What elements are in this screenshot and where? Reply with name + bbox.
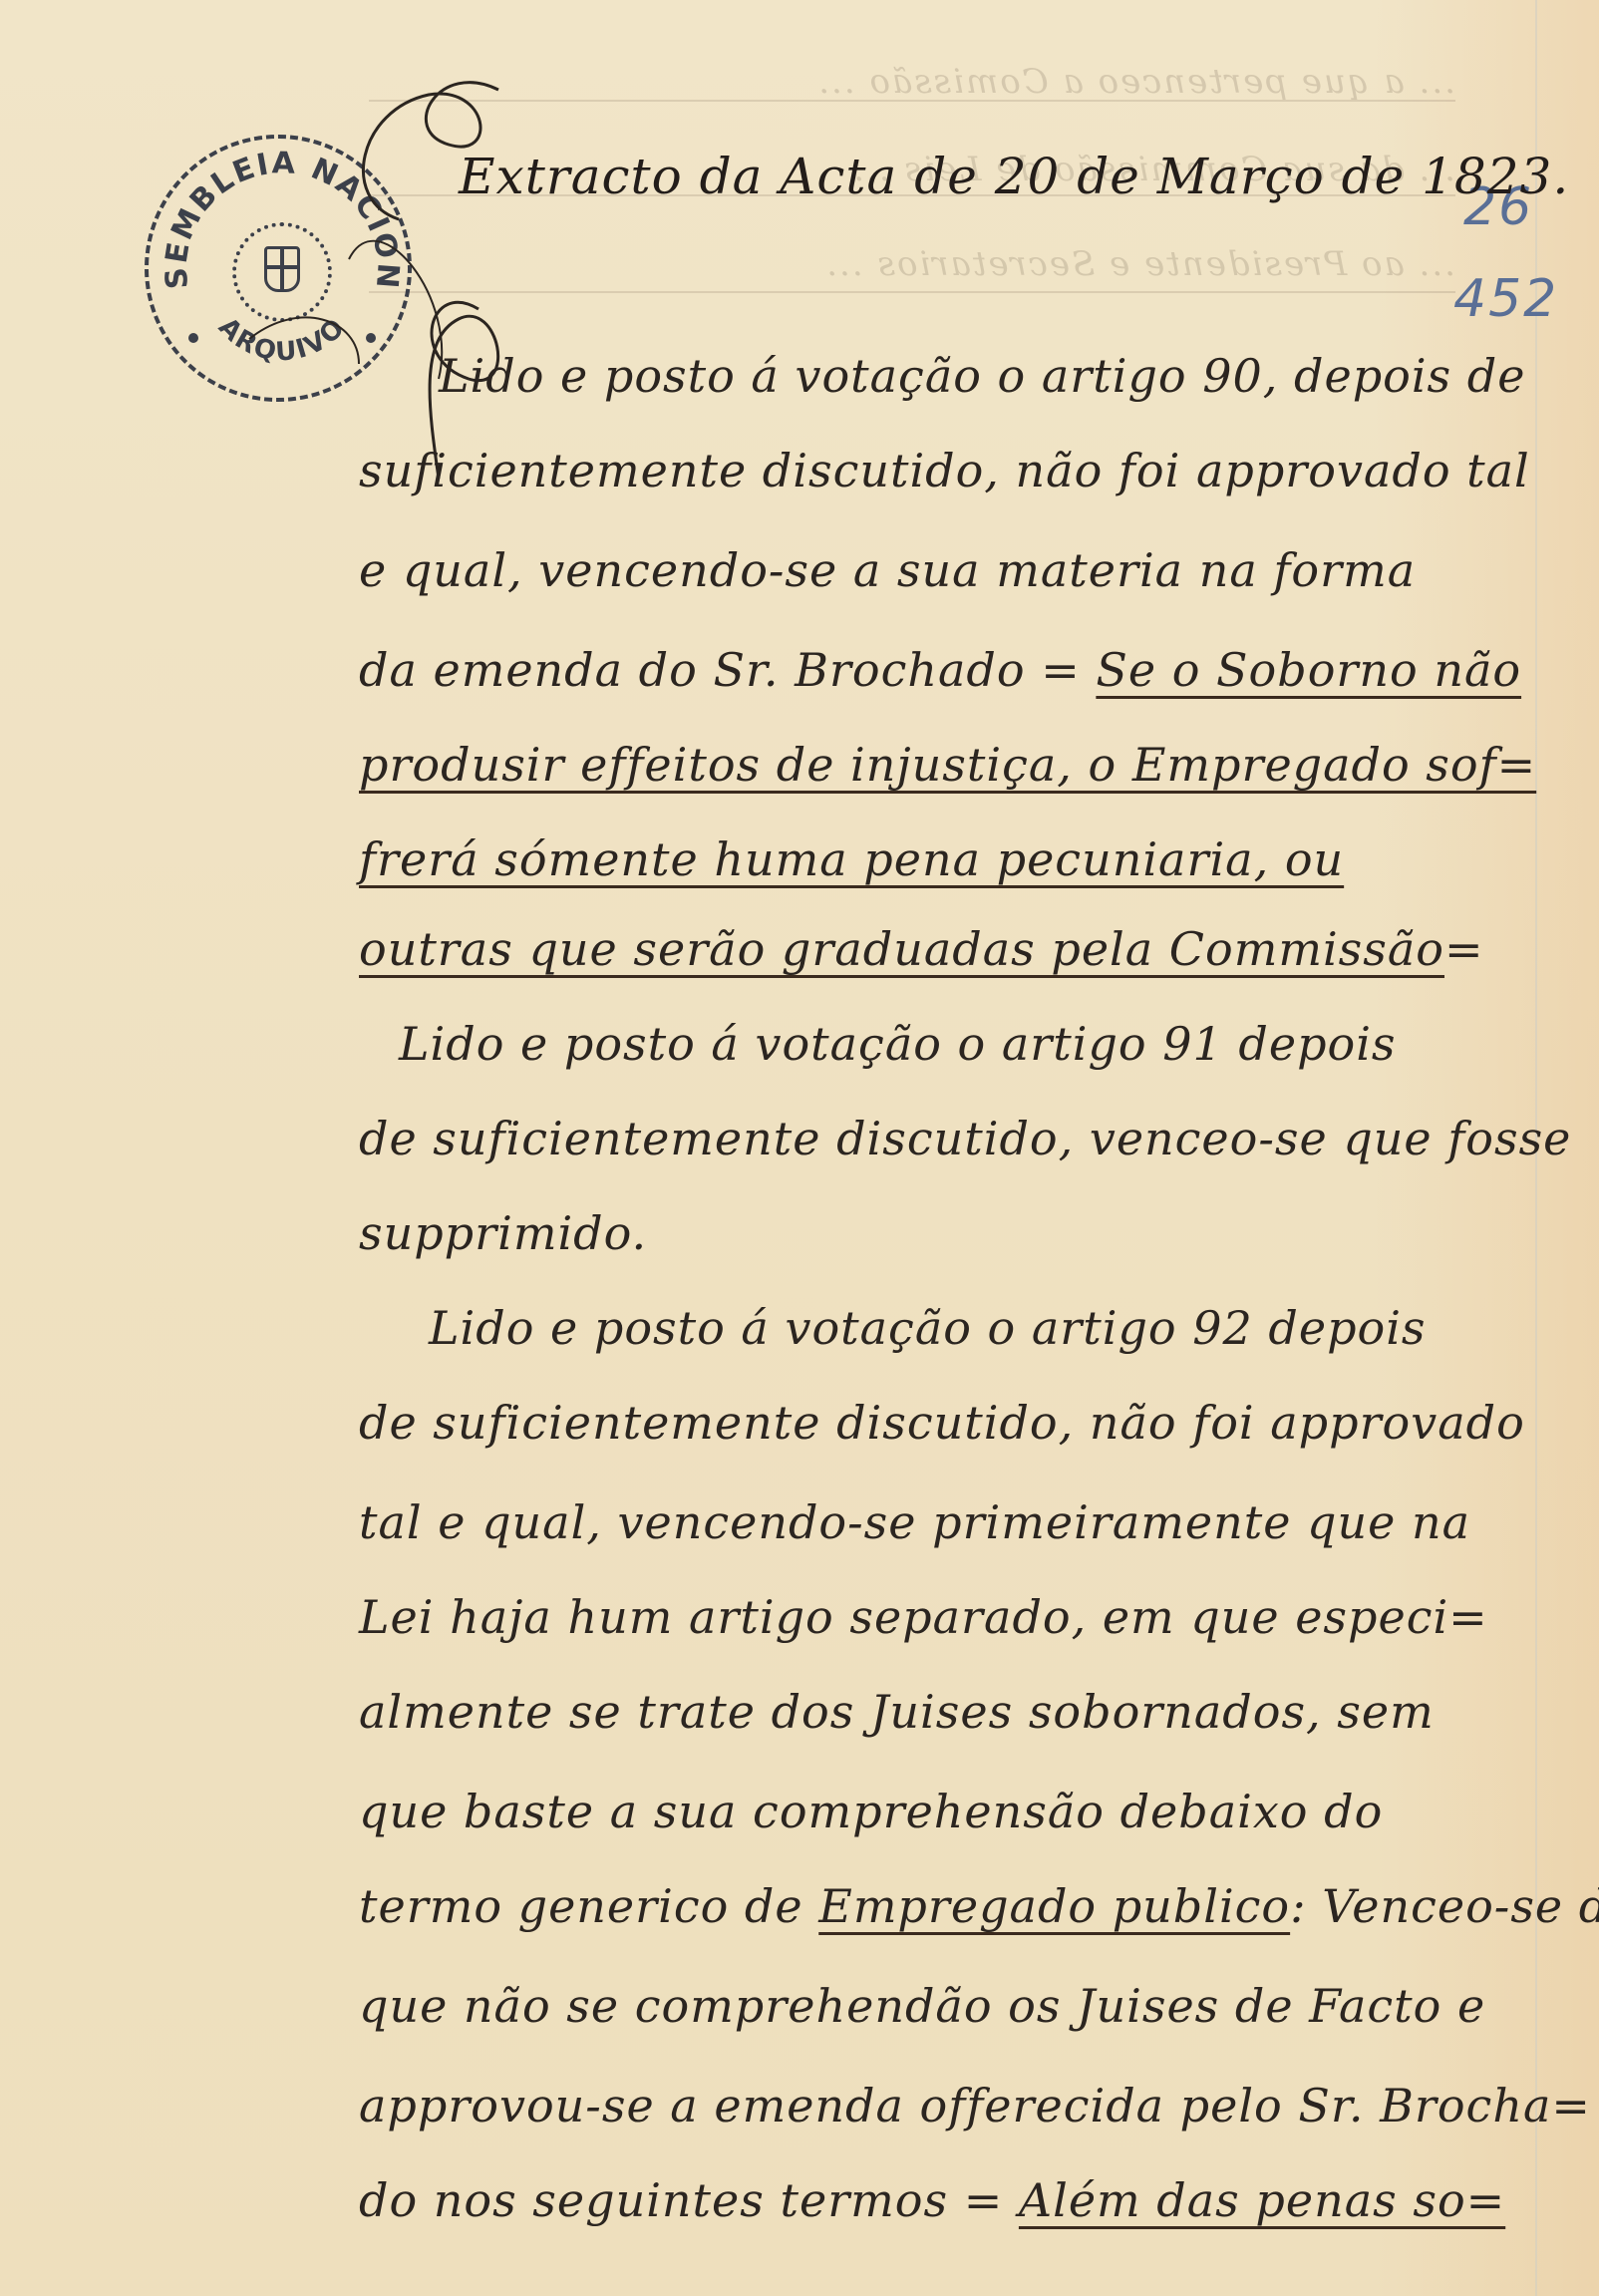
manuscript-line: de suficientemente discutido, não foi ap… xyxy=(359,1396,1525,1450)
folio-number-secondary: 452 xyxy=(1453,269,1558,329)
manuscript-line: Lido e posto á votação o artigo 90, depo… xyxy=(439,349,1525,403)
bleed-through-line: ... a que pertenceo a Comissão ... xyxy=(369,62,1455,102)
manuscript-line: do nos seguintes termos = Além das penas… xyxy=(359,2173,1505,2227)
underlined-quote: produsir effeitos de injustiça, o Empreg… xyxy=(359,738,1536,792)
underlined-quote: Além das penas so= xyxy=(1019,2173,1505,2227)
manuscript-line: frerá sómente huma pena pecuniaria, ou xyxy=(359,832,1344,886)
line-part: da emenda do Sr. Brochado = xyxy=(359,643,1096,697)
line-part: = xyxy=(1444,922,1484,976)
document-title: Extracto da Acta de 20 de Março de 1823. xyxy=(459,148,1569,205)
underlined-quote: outras que serão graduadas pela Commissã… xyxy=(359,922,1444,976)
manuscript-line: Lido e posto á votação o artigo 91 depoi… xyxy=(399,1017,1397,1071)
manuscript-line: tal e qual, vencendo-se primeiramente qu… xyxy=(359,1495,1470,1549)
line-part: do nos seguintes termos = xyxy=(359,2173,1019,2227)
underlined-term: Empregado publico xyxy=(818,1879,1290,1933)
manuscript-line: e qual, vencendo-se a sua materia na for… xyxy=(359,543,1416,597)
manuscript-line: de suficientemente discutido, venceo-se … xyxy=(359,1112,1571,1165)
manuscript-line: da emenda do Sr. Brochado = Se o Soborno… xyxy=(359,643,1521,697)
bleed-through-rule xyxy=(369,100,1455,102)
line-part: : Venceo-se depois xyxy=(1290,1879,1599,1933)
underlined-quote: Se o Soborno não xyxy=(1096,643,1521,697)
underlined-quote: frerá sómente huma pena pecuniaria, ou xyxy=(359,832,1344,886)
bleed-through-line: ... ao Presidente e Secretarios ... xyxy=(369,244,1455,284)
manuscript-line: approvou-se a emenda offerecida pelo Sr.… xyxy=(359,2079,1591,2132)
manuscript-line: termo generico de Empregado publico: Ven… xyxy=(359,1879,1599,1933)
coat-of-arms-icon xyxy=(264,246,300,292)
manuscript-line: outras que serão graduadas pela Commissã… xyxy=(359,922,1484,976)
manuscript-line: que não se comprehendão os Juises de Fac… xyxy=(359,1979,1485,2033)
manuscript-line: supprimido. xyxy=(359,1206,647,1260)
manuscript-line: suficientemente discutido, não foi appro… xyxy=(359,444,1530,497)
line-part: termo generico de xyxy=(359,1879,818,1933)
manuscript-line: que baste a sua comprehensão debaixo do xyxy=(359,1785,1383,1838)
manuscript-line: produsir effeitos de injustiça, o Empreg… xyxy=(359,738,1536,792)
manuscript-line: Lei haja hum artigo separado, em que esp… xyxy=(359,1590,1488,1644)
manuscript-line: almente se trate dos Juises sobornados, … xyxy=(359,1685,1435,1739)
archive-stamp: ASSEMBLEIA NACIONAL ARQUIVO xyxy=(145,135,412,402)
manuscript-line: Lido e posto á votação o artigo 92 depoi… xyxy=(429,1301,1427,1355)
bleed-through-rule xyxy=(369,291,1455,293)
